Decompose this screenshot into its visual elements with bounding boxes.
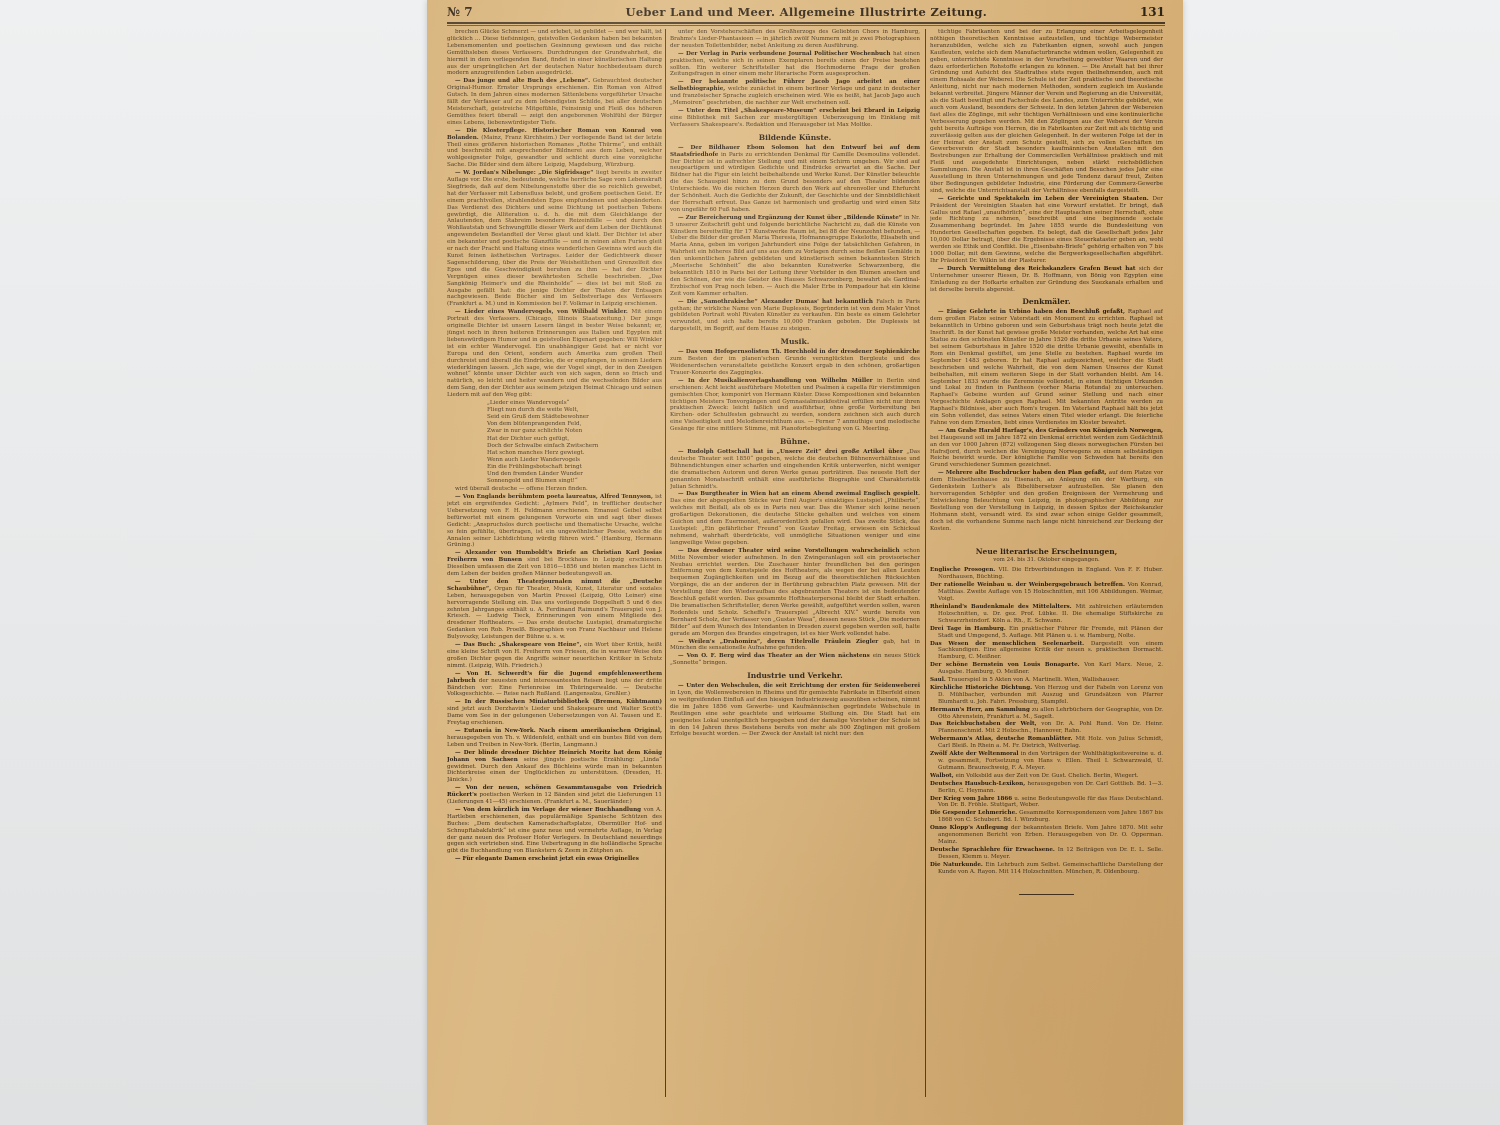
article-lead: — Alexander von Humboldt's Briefe an Chr…: [447, 550, 662, 563]
article-lead: — Der blinde dresdner Dichter Heinrich M…: [447, 750, 662, 763]
literary-listing: Englische Prosogen. VII. Die Erbverbindu…: [930, 567, 1163, 581]
article-lead: — Lieder eines Wandervogels, von Wilibal…: [455, 309, 631, 315]
article-paragraph: — W. Jordan's Nibelunge: „Die Sigfridsag…: [447, 170, 662, 308]
article-paragraph: — Mehrere alte Buchdrucker haben den Pla…: [930, 470, 1163, 532]
article-lead: Englische Prosogen.: [930, 567, 999, 573]
article-paragraph: — Unter den Theaterjournalen nimmt die „…: [447, 579, 662, 641]
article-paragraph: brechen Glücke Schmerzt — und erlebet, i…: [447, 29, 662, 77]
article-paragraph: — Die „Samothrakische“ Alexander Dumas' …: [670, 299, 920, 334]
article-lead: Onno Klopp's Auflegung: [930, 825, 1011, 831]
page-number: 131: [1140, 5, 1165, 19]
article-lead: Das Reichbuchstaben der Welt,: [930, 721, 1041, 727]
article-paragraph: — Das Buch: „Shakespeare von Heine“, ein…: [447, 642, 662, 670]
article-lead: — Der bekannte politische Führer Jacob J…: [670, 79, 920, 92]
article-lead: — W. Jordan's Nibelunge: „Die Sigfridsag…: [455, 170, 596, 176]
literary-listing: Kirchliche Historiche Dichtung. Von Herz…: [930, 685, 1163, 706]
article-lead: Deutsche Sprachlehre für Erwachsene.: [930, 847, 1058, 853]
poem-line: Seid ein Gruß dem Städtebewohner: [487, 414, 662, 421]
section-heading-denkmaeler: Denkmäler.: [930, 296, 1163, 307]
literary-listing: Walbot, ein Volksbild aus der Zeit von D…: [930, 773, 1163, 780]
section-heading-literary: Neue literarische Erscheinungen,: [930, 546, 1163, 557]
article-paragraph: — Zur Bereicherung und Ergänzung der Kun…: [670, 215, 920, 298]
article-lead: Der schöne Bernstein von Louis Bonaparte…: [930, 662, 1084, 668]
masthead-rule-thin: [447, 25, 1165, 26]
article-lead: — Von dem kürzlich im Verlage der wiener…: [455, 807, 644, 813]
article-paragraph: — Weilen's „Drahomira“, deren Titelrolle…: [670, 639, 920, 653]
article-paragraph: — Alexander von Humboldt's Briefe an Chr…: [447, 550, 662, 578]
article-paragraph: — Rudolph Gottschall hat in „Unsere Zeit…: [670, 449, 920, 490]
article-paragraph: — Am Grabe Harald Harfagr's, des Gründer…: [930, 428, 1163, 469]
article-paragraph: — In der Musikalienverlagshandlung von W…: [670, 378, 920, 433]
article-lead: Das Wesen der menschlichen Seelenarbeit.: [930, 641, 1091, 647]
article-lead: — Unter den Theaterjournalen nimmt die „…: [447, 579, 662, 592]
poem-line: Hat der Dichter euch gefügt,: [487, 436, 662, 443]
article-lead: — Durch Vermittelung des Reichskanzlers …: [938, 266, 1139, 272]
article-paragraph: wird überall deutsche — offene Herzen fi…: [447, 486, 662, 493]
literary-listing: Der Krieg vom Jahre 1866 u. seine Bedeut…: [930, 796, 1163, 810]
article-lead: — Die „Samothrakische“ Alexander Dumas' …: [678, 299, 876, 305]
literary-listing: Hermann's Herr, am Sammlung zu allen Leh…: [930, 707, 1163, 721]
article-lead: Drei Tage in Hamburg.: [930, 626, 1009, 632]
literary-listing: Das Reichbuchstaben der Welt, von Dr. A.…: [930, 721, 1163, 735]
article-lead: — Gerichte und Spektakeln im Leben der V…: [938, 196, 1153, 202]
article-lead: — Das dresdener Theater wird seine Vorst…: [678, 548, 903, 554]
article-lead: — Am Grabe Harald Harfagr's, des Gründer…: [938, 428, 1163, 434]
article-lead: — Weilen's „Drahomira“, deren Titelrolle…: [678, 639, 883, 645]
article-lead: — In der Musikalienverlagshandlung von W…: [678, 378, 877, 384]
poem-line: Sonnengold und Blumen singt!“: [487, 478, 662, 485]
article-lead: Der Krieg vom Jahre 1866: [930, 796, 1014, 802]
literary-listing: Das Wesen der menschlichen Seelenarbeit.…: [930, 641, 1163, 662]
article-lead: — Mehrere alte Buchdrucker haben den Pla…: [938, 470, 1109, 476]
article-lead: Die Naturkunde.: [930, 862, 985, 868]
article-lead: Zwölf Akte der Weltenmoral: [930, 751, 1021, 757]
poem-line: Wenn auch Lieder Wandervogels: [487, 457, 662, 464]
article-lead: Rheinland's Baudenkmale des Mittelalters…: [930, 604, 1076, 610]
column-divider: [665, 29, 666, 1097]
article-paragraph: — Von dem kürzlich im Verlage der wiener…: [447, 807, 662, 855]
newspaper-page: № 7 Ueber Land und Meer. Allgemeine Illu…: [427, 0, 1183, 1125]
literary-listing: Rheinland's Baudenkmale des Mittelalters…: [930, 604, 1163, 625]
literary-listing: Drei Tage in Hamburg. Ein praktischer Fü…: [930, 626, 1163, 640]
article-lead: — Von O. F. Berg wird das Theater an der…: [678, 653, 873, 659]
article-paragraph: — Das Burgtheater in Wien hat an einem A…: [670, 491, 920, 546]
literary-listing: Der schöne Bernstein von Louis Bonaparte…: [930, 662, 1163, 676]
article-lead: — Das Buch: „Shakespeare von Heine“,: [455, 642, 584, 648]
article-lead: — Unter dem Titel „Shakespeare-Museum“ e…: [678, 108, 920, 114]
article-lead: — Das vom Hofopernsolisten Th. Horchhold…: [678, 349, 920, 355]
article-lead: — Für elegante Damen erscheint jetzt ein…: [455, 856, 639, 862]
article-paragraph: — Unter den Webschulen, die seit Erricht…: [670, 683, 920, 738]
section-heading-industrie: Industrie und Verkehr.: [670, 670, 920, 681]
literary-listing: Der rationelle Weinbau u. der Weinbergsg…: [930, 582, 1163, 603]
masthead-rule: [447, 22, 1165, 24]
article-paragraph: — Gerichte und Spektakeln im Leben der V…: [930, 196, 1163, 265]
article-lead: Walbot,: [930, 773, 956, 779]
article-paragraph: — Das junge und alte Buch des „Lebens“. …: [447, 78, 662, 126]
article-paragraph: — Durch Vermittelung des Reichskanzlers …: [930, 266, 1163, 294]
article-lead: Kirchliche Historiche Dichtung.: [930, 685, 1035, 691]
poem-line: Zwar in nur ganz schlichte Noten: [487, 428, 662, 435]
poem-line: Doch der Schwalbe einfach Zwitschern: [487, 443, 662, 450]
end-rule: [1019, 894, 1074, 895]
article-lead: Deutsches Hausbuch-Lexikon,: [930, 781, 1027, 787]
article-lead: Der rationelle Weinbau u. der Weinbergsg…: [930, 582, 1128, 588]
article-paragraph: — Lieder eines Wandervogels, von Wilibal…: [447, 309, 662, 399]
article-paragraph: — Unter dem Titel „Shakespeare-Museum“ e…: [670, 108, 920, 129]
article-lead: — Von H. Schwerdt's für die Jugend empfe…: [447, 671, 662, 684]
poem-line: „Lieder eines Wandervogels“: [487, 400, 662, 407]
section-heading-buehne: Bühne.: [670, 436, 920, 447]
poem-line: Fliegt nun durch die weite Welt,: [487, 407, 662, 414]
poem-line: Ein die Frühlingsbotschaft bringt: [487, 464, 662, 471]
article-paragraph: — Eutaneia in New-York. Nach einem ameri…: [447, 728, 662, 749]
column-1: brechen Glücke Schmerzt — und erlebet, i…: [447, 29, 662, 1105]
article-lead: — Einige Gelehrte in Urbino haben den Be…: [938, 309, 1128, 315]
article-paragraph: — Der Verlag in Paris verbundene Journal…: [670, 51, 920, 79]
article-lead: Hermann's Herr, am Sammlung: [930, 707, 1032, 713]
column-3: tüchtige Fabrikanten und bei der zu Erla…: [930, 29, 1163, 1105]
section-subheading-literary: vom 24. bis 31. Oktober eingegangen.: [930, 557, 1163, 564]
article-lead: — Zur Bereicherung und Ergänzung der Kun…: [678, 215, 904, 221]
literary-listing: Die Naturkunde. Ein Lehrbuch zum Selbst.…: [930, 862, 1163, 876]
literary-listing: Zwölf Akte der Weltenmoral in den Vorträ…: [930, 751, 1163, 772]
article-lead: — Das Burgtheater in Wien hat an einem A…: [678, 491, 920, 497]
literary-listing: Saul. Trauerspiel in 5 Akten von A. Mart…: [930, 677, 1163, 684]
literary-listing: Die Gespender Lehmeriche. Gesammelte Kor…: [930, 810, 1163, 824]
article-paragraph: — Einige Gelehrte in Urbino haben den Be…: [930, 309, 1163, 426]
literary-listing: Webermann's Atlas, deutsche Romanblätter…: [930, 736, 1163, 750]
article-lead: — Der Verlag in Paris verbundene Journal…: [678, 51, 893, 57]
article-paragraph: — Von H. Schwerdt's für die Jugend empfe…: [447, 671, 662, 699]
article-paragraph: — Das dresdener Theater wird seine Vorst…: [670, 548, 920, 638]
article-paragraph: — Das vom Hofopernsolisten Th. Horchhold…: [670, 349, 920, 377]
poem-line: Und den fremden Länder Wunder: [487, 471, 662, 478]
masthead: № 7 Ueber Land und Meer. Allgemeine Illu…: [447, 3, 1165, 21]
issue-number: № 7: [447, 5, 473, 19]
article-paragraph: — Von Englands berühmtem poeta laureatus…: [447, 494, 662, 549]
article-paragraph: — In der Russischen Miniaturbibliothek (…: [447, 699, 662, 727]
article-paragraph: — Die Klosterpflege. Historischer Roman …: [447, 128, 662, 169]
article-lead: Webermann's Atlas, deutsche Romanblätter…: [930, 736, 1075, 742]
article-lead: — Unter den Webschulen, die seit Erricht…: [678, 683, 920, 689]
literary-listing: Onno Klopp's Auflegung der bekanntesten …: [930, 825, 1163, 846]
article-lead: — Von der neuen, schönen Gesammtausgabe …: [447, 785, 662, 798]
article-paragraph: — Für elegante Damen erscheint jetzt ein…: [447, 856, 662, 863]
section-heading-bildende-kuenste: Bildende Künste.: [670, 132, 920, 143]
column-2: unter den Vorsteherschäften des Großherz…: [670, 29, 920, 1105]
article-lead: — Eutaneia in New-York. Nach einem ameri…: [455, 728, 662, 734]
literary-listing: Deutsche Sprachlehre für Erwachsene. In …: [930, 847, 1163, 861]
article-lead: — Rudolph Gottschall hat in „Unsere Zeit…: [678, 449, 906, 455]
article-lead: Saul.: [930, 677, 948, 683]
poem-line: Von dem blütenprangenden Feld,: [487, 421, 662, 428]
article-lead: — Das junge und alte Buch des „Lebens“.: [455, 78, 593, 84]
article-paragraph: — Der Bildhauer Ebom Solomon hat den Ent…: [670, 145, 920, 214]
article-lead: — Die Klosterpflege. Historischer Roman …: [447, 128, 662, 141]
article-lead: — Der Bildhauer Ebom Solomon hat den Ent…: [670, 145, 920, 158]
section-heading-musik: Musik.: [670, 336, 920, 347]
literary-listing: Deutsches Hausbuch-Lexikon, herausgegebe…: [930, 781, 1163, 795]
article-lead: — Von Englands berühmtem poeta laureatus…: [455, 494, 655, 500]
column-divider: [925, 29, 926, 1097]
article-paragraph: — Von der neuen, schönen Gesammtausgabe …: [447, 785, 662, 806]
poem: „Lieder eines Wandervogels“Fliegt nun du…: [447, 400, 662, 485]
article-paragraph: — Der bekannte politische Führer Jacob J…: [670, 79, 920, 107]
article-paragraph: tüchtige Fabrikanten und bei der zu Erla…: [930, 29, 1163, 195]
article-paragraph: — Der blinde dresdner Dichter Heinrich M…: [447, 750, 662, 785]
article-paragraph: — Von O. F. Berg wird das Theater an der…: [670, 653, 920, 667]
poem-line: Hat schon manches Herz gewiegt.: [487, 450, 662, 457]
publication-title: Ueber Land und Meer. Allgemeine Illustri…: [625, 5, 987, 19]
article-lead: — In der Russischen Miniaturbibliothek (…: [455, 699, 662, 705]
article-lead: Die Gespender Lehmeriche.: [930, 810, 1019, 816]
article-paragraph: unter den Vorsteherschäften des Großherz…: [670, 29, 920, 50]
